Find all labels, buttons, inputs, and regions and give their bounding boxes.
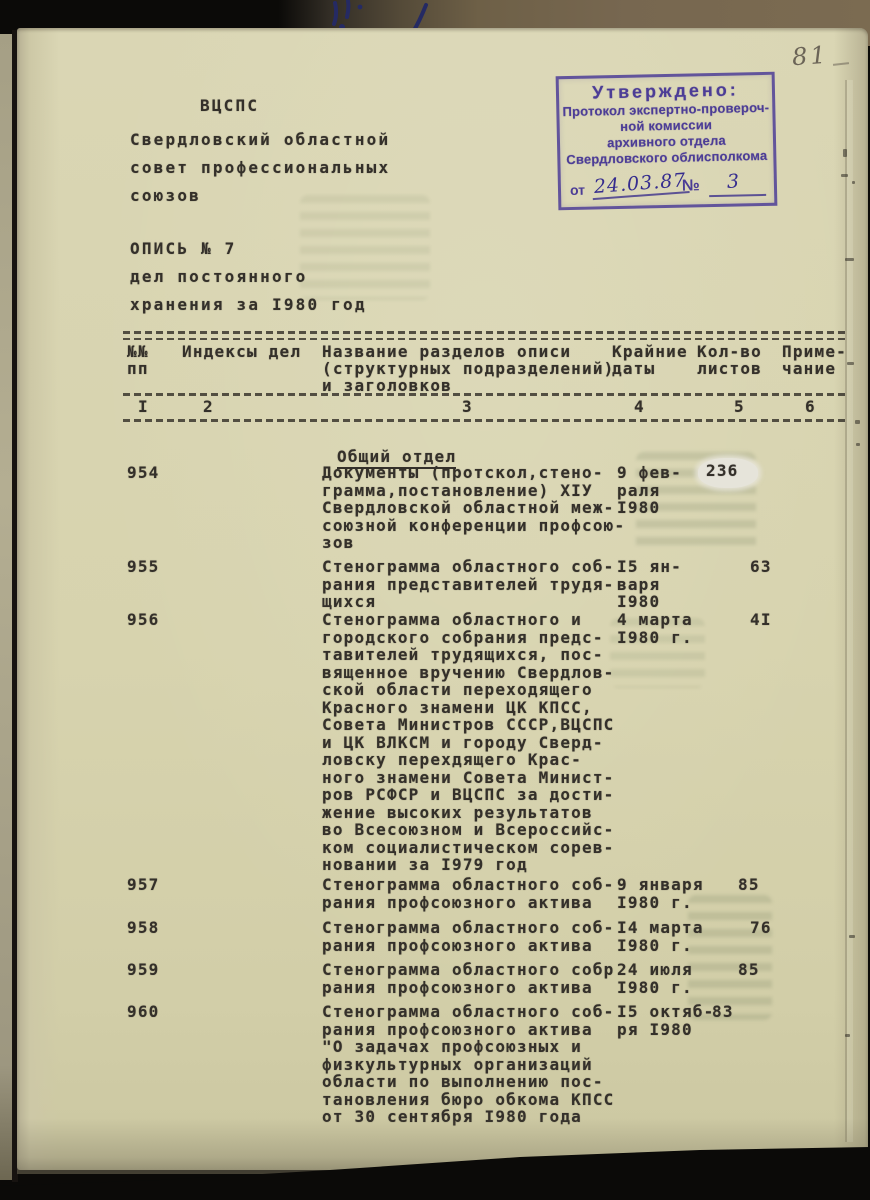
inventory-year-line: хранения за I980 год: [130, 296, 367, 314]
row-sheet-count: 85: [738, 876, 760, 894]
stamp-handwritten-date: 24.03.87: [591, 170, 689, 200]
ink-speck: [845, 258, 854, 261]
org-name-line: Свердловский областной: [130, 131, 390, 149]
row-sheet-count: 76: [750, 919, 772, 937]
row-number: 959: [127, 961, 160, 979]
row-number: 958: [127, 919, 160, 937]
row-title: Документы (протскол,стено- грамма,постан…: [322, 464, 625, 552]
stamp-date-prefix: от: [570, 180, 585, 200]
row-dates: I5 октяб- ря I980: [617, 1003, 715, 1038]
row-number: 956: [127, 611, 160, 629]
paper-fold-highlight: [847, 80, 853, 1142]
column-number: 2: [203, 398, 214, 416]
column-number: 4: [634, 398, 645, 416]
bleed-through-smudge: [300, 195, 430, 300]
ink-speck: [847, 362, 854, 365]
pencil-page-number: 81: [791, 43, 829, 69]
column-number: 3: [462, 398, 473, 416]
table-rule-top-2: [123, 338, 847, 341]
scanned-document-page: 81 Утверждено: Протокол экспертно-провер…: [0, 0, 870, 1200]
org-name-acronym: ВЦСПС: [200, 97, 259, 115]
inventory-title: ОПИСЬ № 7: [130, 240, 237, 258]
stamp-number-underline: [709, 194, 766, 197]
row-number: 957: [127, 876, 160, 894]
inventory-subtitle: дел постоянного: [130, 268, 308, 286]
row-dates: I4 марта I980 г.: [617, 919, 704, 954]
ink-speck: [843, 149, 847, 157]
row-number: 954: [127, 464, 160, 482]
stamp-number-sign: №: [682, 176, 700, 196]
column-header-indexes: Индексы дел: [182, 343, 301, 360]
row-title: Стенограмма областного соб- рания предст…: [322, 558, 615, 611]
row-dates: 4 марта I980 г.: [617, 611, 693, 646]
ink-speck: [856, 443, 860, 446]
row-sheet-count: 83: [712, 1003, 734, 1021]
column-number: 6: [805, 398, 816, 416]
stamp-handwritten-number: 3: [726, 171, 740, 192]
row-dates: I5 ян- варя I980: [617, 558, 682, 611]
row-sheet-count: 236: [706, 462, 739, 480]
row-title: Стенограмма областного и городского собр…: [322, 611, 615, 874]
row-title: Стенограмма областного соб- рания профсо…: [322, 1003, 615, 1126]
column-header-title: Название разделов описи (структурных под…: [322, 343, 615, 394]
table-rule-top: [123, 331, 847, 334]
column-number: 5: [734, 398, 745, 416]
column-header-dates: Крайние даты: [612, 343, 688, 377]
row-dates: 24 июля I980 г.: [617, 961, 693, 996]
table-rule-bottom: [123, 419, 847, 422]
row-number: 960: [127, 1003, 160, 1021]
ink-speck: [852, 181, 855, 184]
org-name-line: совет профессиональных: [130, 159, 390, 177]
stamp-date-number-row: от 24.03.87 № 3: [561, 173, 774, 203]
column-header-notes: Приме- чание: [782, 343, 847, 377]
ink-speck: [855, 420, 860, 424]
approval-stamp: Утверждено: Протокол экспертно-провероч-…: [556, 72, 778, 211]
row-title: Стенограмма областного соб- рания профсо…: [322, 876, 615, 911]
row-sheet-count: 4I: [750, 611, 772, 629]
ink-speck: [849, 935, 855, 938]
row-number: 955: [127, 558, 160, 576]
column-number: I: [138, 398, 149, 416]
row-sheet-count: 85: [738, 961, 760, 979]
stamp-body-text: Протокол экспертно-провероч- ной комисси…: [559, 100, 773, 168]
row-title: Стенограмма областного соб- рания профсо…: [322, 919, 615, 954]
column-header-sheets: Кол-во листов: [697, 343, 762, 377]
org-name-line: союзов: [130, 187, 201, 205]
row-title: Стенограмма областного собр рания профсо…: [322, 961, 615, 996]
section-heading: Общий отдел: [337, 430, 456, 465]
row-dates: 9 января I980 г.: [617, 876, 704, 911]
column-header-numbers: №№ пп: [127, 343, 149, 377]
ink-speck: [845, 1034, 850, 1037]
row-dates: 9 фев- раля I980: [617, 464, 682, 517]
row-sheet-count: 63: [750, 558, 772, 576]
ink-speck: [841, 174, 848, 177]
